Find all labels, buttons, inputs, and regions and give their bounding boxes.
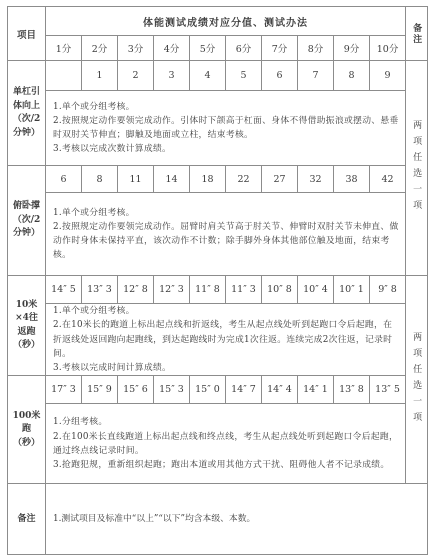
item-label-text: 俯卧撑（次/2分钟）	[13, 200, 41, 241]
value-cell: 15″ 6	[118, 376, 154, 404]
value-cell: 12″ 8	[118, 276, 154, 304]
value-cell: 14″ 1	[298, 376, 334, 404]
value-cell: 9″ 8	[370, 276, 406, 304]
value-cell: 10″ 1	[334, 276, 370, 304]
value-cell: 12″ 3	[154, 276, 190, 304]
note-line: 2.在100米长直线跑道上标出起点线和终点线，考生从起点线处听到起跑口令后起跑，…	[46, 430, 405, 459]
value-cell: 15″ 0	[190, 376, 226, 404]
value-cell: 22	[226, 166, 262, 193]
fitness-test-table: 项目 体能测试成绩对应分值、测试办法 备注 1分 2分 3分 4分 5分 6分 …	[7, 6, 428, 555]
table-title: 体能测试成绩对应分值、测试办法	[46, 7, 406, 36]
value-cell: 1	[82, 61, 118, 91]
item-label-pullup: 单杠引体向上（次/2分钟）	[8, 61, 46, 166]
shuttle-notes-cell: 1.单个或分组考核。 2.在10米长的跑道上标出起点线和折返线，考生从起点线处听…	[46, 304, 406, 376]
value-cell: 10″ 8	[262, 276, 298, 304]
footer-remark-text-cell: 1.测试项目及标准中“以上”“以下”均含本级、本数。	[46, 484, 428, 555]
value-cell: 9	[370, 61, 406, 91]
value-cell: 32	[298, 166, 334, 193]
remark-span-cell-2: 两项任选一项	[406, 276, 428, 484]
shuttle-values-row: 10米×4往返跑（秒） 14″ 5 13″ 3 12″ 8 12″ 3 11″ …	[8, 276, 428, 304]
item-label-shuttle-run: 10米×4往返跑（秒）	[8, 276, 46, 376]
note-line: 2.按照规定动作要领完成动作。屈臂时肩关节高于肘关节、伸臂时双肘关节未伸直、做动…	[46, 220, 405, 263]
score-header-cell: 6分	[226, 36, 262, 61]
sprint-values-row: 100米跑（秒） 17″ 3 15″ 9 15″ 6 15″ 3 15″ 0 1…	[8, 376, 428, 404]
item-column-header: 项目	[8, 7, 46, 61]
score-header-cell: 1分	[46, 36, 82, 61]
value-cell: 8	[334, 61, 370, 91]
value-cell: 11	[118, 166, 154, 193]
value-cell: 17″ 3	[46, 376, 82, 404]
note-line: 3.抢跑犯规，重新组织起跑；跑出本道或用其他方式干扰、阻碍他人者不记录成绩。	[46, 458, 405, 472]
value-cell: 27	[262, 166, 298, 193]
value-cell: 15″ 3	[154, 376, 190, 404]
value-cell: 3	[154, 61, 190, 91]
remark-column-header: 备注	[406, 7, 428, 61]
score-header-row: 1分 2分 3分 4分 5分 6分 7分 8分 9分 10分	[8, 36, 428, 61]
value-cell: 14″ 7	[226, 376, 262, 404]
value-cell: 18	[190, 166, 226, 193]
pushup-notes-cell: 1.单个或分组考核。 2.按照规定动作要领完成动作。屈臂时肩关节高于肘关节、伸臂…	[46, 193, 406, 276]
score-header-cell: 5分	[190, 36, 226, 61]
value-cell: 13″ 5	[370, 376, 406, 404]
note-line: 1.单个或分组考核。	[46, 100, 405, 114]
pullup-notes-cell: 1.单个或分组考核。 2.按照规定动作要领完成动作。引体时下颌高于杠面、身体不得…	[46, 91, 406, 166]
footer-remark-label: 备注	[8, 484, 46, 555]
item-label-text: 100米跑（秒）	[13, 410, 41, 451]
value-cell: 2	[118, 61, 154, 91]
note-line: 1.分组考核。	[46, 415, 405, 429]
value-cell: 6	[46, 166, 82, 193]
note-line: 3.考核以完成时间计算成绩。	[46, 361, 405, 375]
value-cell: 7	[298, 61, 334, 91]
value-cell: 42	[370, 166, 406, 193]
pushup-values-row: 俯卧撑（次/2分钟） 6 8 11 14 18 22 27 32 38 42	[8, 166, 428, 193]
document-page: 项目 体能测试成绩对应分值、测试办法 备注 1分 2分 3分 4分 5分 6分 …	[0, 0, 433, 555]
value-cell: 8	[82, 166, 118, 193]
value-cell: 14	[154, 166, 190, 193]
value-cell: 6	[262, 61, 298, 91]
score-header-cell: 2分	[82, 36, 118, 61]
score-header-cell: 9分	[334, 36, 370, 61]
item-label-text: 单杠引体向上（次/2分钟）	[13, 86, 41, 140]
note-line: 2.按照规定动作要领完成动作。引体时下颌高于杠面、身体不得借助振浪或摆动、悬垂时…	[46, 114, 405, 143]
score-header-cell: 8分	[298, 36, 334, 61]
value-cell: 13″ 3	[82, 276, 118, 304]
note-line: 3.考核以完成次数计算成绩。	[46, 142, 405, 156]
value-cell: 5	[226, 61, 262, 91]
value-cell: 10″ 4	[298, 276, 334, 304]
remark-span-text: 两项任选一项	[410, 332, 423, 428]
score-header-cell: 4分	[154, 36, 190, 61]
note-line: 1.单个或分组考核。	[46, 206, 405, 220]
score-header-cell: 3分	[118, 36, 154, 61]
value-cell: 14″ 4	[262, 376, 298, 404]
value-cell: 38	[334, 166, 370, 193]
item-label-pushup: 俯卧撑（次/2分钟）	[8, 166, 46, 276]
remark-column-header-text: 备注	[410, 23, 423, 45]
value-cell: 11″ 3	[226, 276, 262, 304]
score-header-cell: 10分	[370, 36, 406, 61]
item-label-text: 10米×4往返跑（秒）	[13, 299, 41, 353]
item-label-100m-run: 100米跑（秒）	[8, 376, 46, 484]
value-cell: 11″ 8	[190, 276, 226, 304]
pullup-values-row: 单杠引体向上（次/2分钟） 1 2 3 4 5 6 7 8 9 两项任选一项	[8, 61, 428, 91]
footer-remark-label-text: 备注	[13, 513, 41, 527]
value-cell	[46, 61, 82, 91]
value-cell: 14″ 5	[46, 276, 82, 304]
remark-span-cell-1: 两项任选一项	[406, 61, 428, 276]
score-header-cell: 7分	[262, 36, 298, 61]
note-line: 1.单个或分组考核。	[46, 304, 405, 318]
remark-span-text: 两项任选一项	[410, 120, 423, 216]
value-cell: 13″ 8	[334, 376, 370, 404]
footer-remark-text: 1.测试项目及标准中“以上”“以下”均含本级、本数。	[46, 512, 427, 526]
sprint-notes-cell: 1.分组考核。 2.在100米长直线跑道上标出起点线和终点线，考生从起点线处听到…	[46, 404, 406, 484]
note-line: 2.在10米长的跑道上标出起点线和折返线，考生从起点线处听到起跑口令后起跑，在折…	[46, 318, 405, 361]
value-cell: 4	[190, 61, 226, 91]
value-cell: 15″ 9	[82, 376, 118, 404]
